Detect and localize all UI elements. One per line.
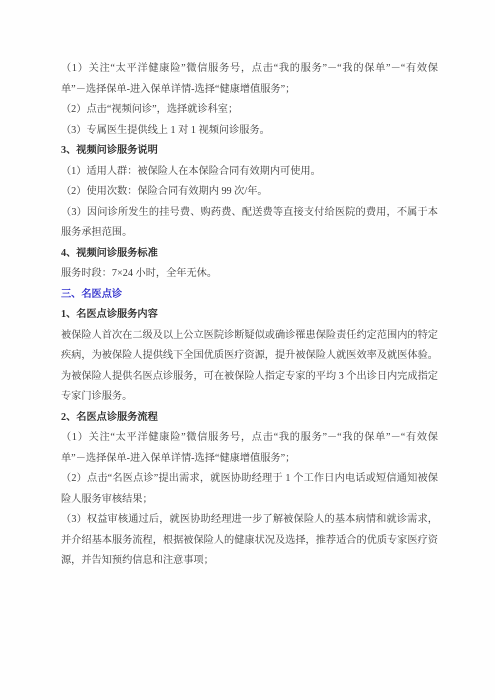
list-item: （1）适用人群：被保险人在本保险合同有效期内可使用。 — [61, 162, 438, 183]
document-page: （1）关注“太平洋健康险”微信服务号，点击“我的服务”－“我的保单”－“有效保单… — [0, 0, 495, 700]
list-item: （3）因问诊所发生的挂号费、购药费、配送费等直接支付给医院的费用，不属于本服务承… — [61, 203, 438, 244]
doctor-content-heading: 1、名医点诊服务内容 — [61, 305, 438, 326]
list-item: （3）专属医生提供线上 1 对 1 视频问诊服务。 — [61, 121, 438, 142]
doctor-content-body: 被保险人首次在二级及以上公立医院诊断疑似或确诊罹患保险责任约定范围内的特定疾病，… — [61, 326, 438, 408]
list-item: （3）权益审核通过后，就医协助经理进一步了解被保险人的基本病情和就诊需求，并介绍… — [61, 510, 438, 572]
section-three-heading: 三、名医点诊 — [61, 285, 438, 306]
list-item: （2）点击“视频问诊”，选择就诊科室； — [61, 100, 438, 121]
video-consult-steps-list: （1）关注“太平洋健康险”微信服务号，点击“我的服务”－“我的保单”－“有效保单… — [61, 59, 438, 141]
video-notes-list: （1）适用人群：被保险人在本保险合同有效期内可使用。 （2）使用次数：保险合同有… — [61, 162, 438, 244]
video-standard-body: 服务时段：7×24 小时，全年无休。 — [61, 264, 438, 285]
video-standard-heading: 4、视频问诊服务标准 — [61, 244, 438, 265]
list-item: （1）关注“太平洋健康险”微信服务号，点击“我的服务”－“我的保单”－“有效保单… — [61, 428, 438, 469]
list-item: （1）关注“太平洋健康险”微信服务号，点击“我的服务”－“我的保单”－“有效保单… — [61, 59, 438, 100]
video-notes-heading: 3、视频问诊服务说明 — [61, 141, 438, 162]
doctor-process-list: （1）关注“太平洋健康险”微信服务号，点击“我的服务”－“我的保单”－“有效保单… — [61, 428, 438, 572]
list-item: （2）点击“名医点诊”提出需求，就医协助经理于 1 个工作日内电话或短信通知被保… — [61, 469, 438, 510]
list-item: （2）使用次数：保险合同有效期内 99 次/年。 — [61, 182, 438, 203]
doctor-process-heading: 2、名医点诊服务流程 — [61, 408, 438, 429]
